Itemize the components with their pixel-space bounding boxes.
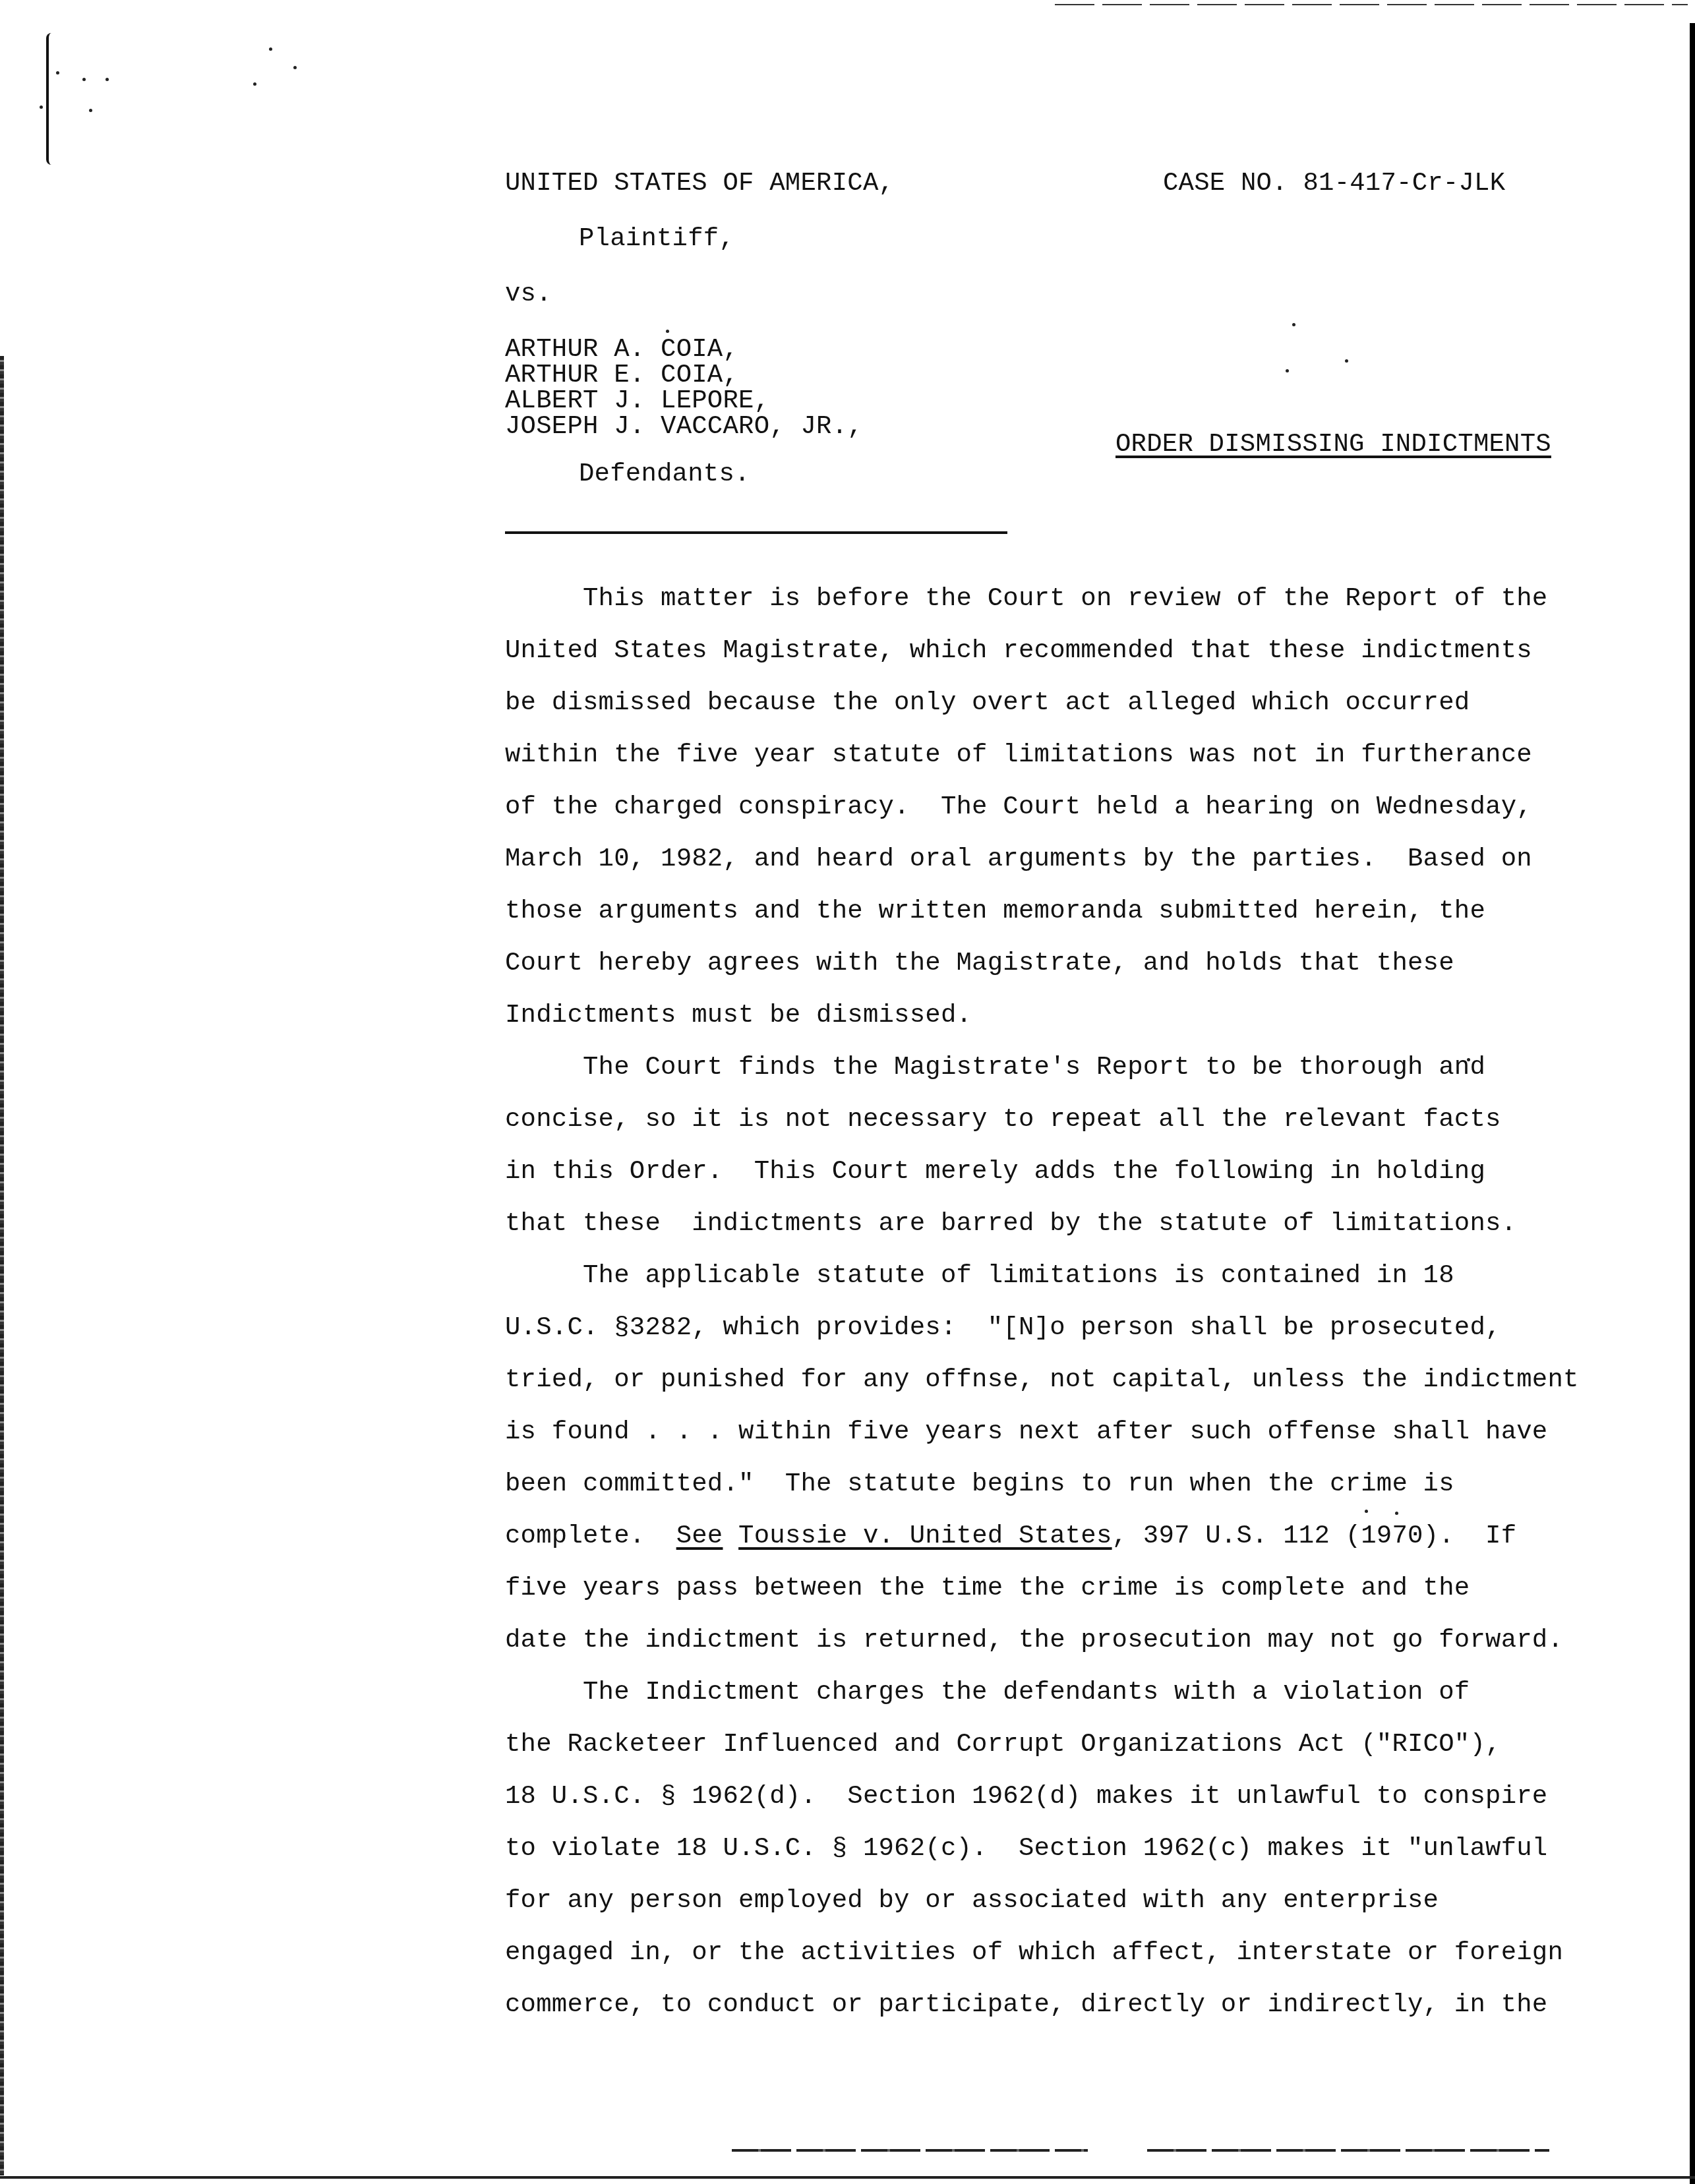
body-line: in this Order. This Court merely adds th… [505,1156,1485,1187]
scan-mark-bracket [46,33,55,165]
scan-edge-bottom [0,2176,1695,2179]
defendants-label: Defendants. [579,458,750,490]
body-line: date the indictment is returned, the pro… [505,1624,1563,1656]
body-line: 18 U.S.C. § 1962(d). Section 1962(d) mak… [505,1781,1547,1812]
body-line: Court hereby agrees with the Magistrate,… [505,947,1454,979]
scan-speck [89,109,92,112]
scan-dash-bottom [1147,2149,1549,2152]
document-title: ORDER DISMISSING INDICTMENTS [1115,428,1551,460]
body-line: within the five year statute of limitati… [505,739,1532,771]
body-line: The Court finds the Magistrate's Report … [505,1051,1485,1083]
body-line: that these indictments are barred by the… [505,1208,1516,1239]
body-line: commerce, to conduct or participate, dir… [505,1989,1547,2021]
scan-edge-left [0,356,4,2175]
body-line: U.S.C. §3282, which provides: "[N]o pers… [505,1312,1501,1343]
scan-speck [105,78,109,81]
body-line: those arguments and the written memorand… [505,895,1485,927]
body-line: engaged in, or the activities of which a… [505,1937,1563,1968]
scan-speck [293,66,297,69]
plaintiff-label: Plaintiff, [579,223,734,254]
versus-label: vs. [505,278,552,310]
scan-speck [253,82,256,86]
citation-suffix: , 397 U.S. 112 (1970). If [1112,1521,1517,1550]
body-line: tried, or punished for any offnse, not c… [505,1364,1579,1396]
caption-divider [505,531,1007,534]
scan-speck [1292,323,1295,326]
scan-dash-bottom [732,2149,1088,2152]
scan-speck [269,47,272,51]
scan-speck [1286,369,1289,372]
citation-signal: See [676,1521,723,1550]
body-line: Indictments must be dismissed. [505,999,972,1031]
body-line: This matter is before the Court on revie… [505,583,1547,614]
citation-case-name: Toussie v. United States [738,1521,1112,1550]
body-line: The applicable statute of limitations is… [505,1260,1454,1291]
scan-speck [1345,359,1348,363]
scan-speck [666,330,669,333]
body-line: of the charged conspiracy. The Court hel… [505,791,1532,823]
body-line: for any person employed by or associated… [505,1885,1439,1916]
body-line: five years pass between the time the cri… [505,1572,1470,1604]
case-number: CASE NO. 81-417-Cr-JLK [1163,167,1505,199]
scan-speck [40,105,43,109]
body-line: is found . . . within five years next af… [505,1416,1547,1448]
body-line: United States Magistrate, which recommen… [505,635,1532,666]
scan-edge-right [1690,23,1695,2184]
citation-prefix: complete. [505,1521,676,1550]
body-line: be dismissed because the only overt act … [505,687,1470,719]
body-line: to violate 18 U.S.C. § 1962(c). Section … [505,1833,1547,1864]
scan-speck [1365,1510,1368,1513]
scan-speck [82,78,86,81]
body-line: concise, so it is not necessary to repea… [505,1104,1501,1135]
citation-space [723,1521,738,1550]
body-line: the Racketeer Influenced and Corrupt Org… [505,1728,1501,1760]
scan-speck [1395,1512,1398,1515]
body-line: The Indictment charges the defendants wi… [505,1676,1470,1708]
body-line: March 10, 1982, and heard oral arguments… [505,843,1532,875]
scan-dash-top [1055,4,1688,5]
document-page: UNITED STATES OF AMERICA, Plaintiff, vs.… [0,0,1695,2184]
citation-line: complete. See Toussie v. United States, … [505,1520,1516,1552]
plaintiff-party: UNITED STATES OF AMERICA, [505,167,894,199]
body-line: been committed." The statute begins to r… [505,1468,1454,1500]
scan-speck [56,71,59,74]
defendant-name: JOSEPH J. VACCARO, JR., [505,411,863,442]
